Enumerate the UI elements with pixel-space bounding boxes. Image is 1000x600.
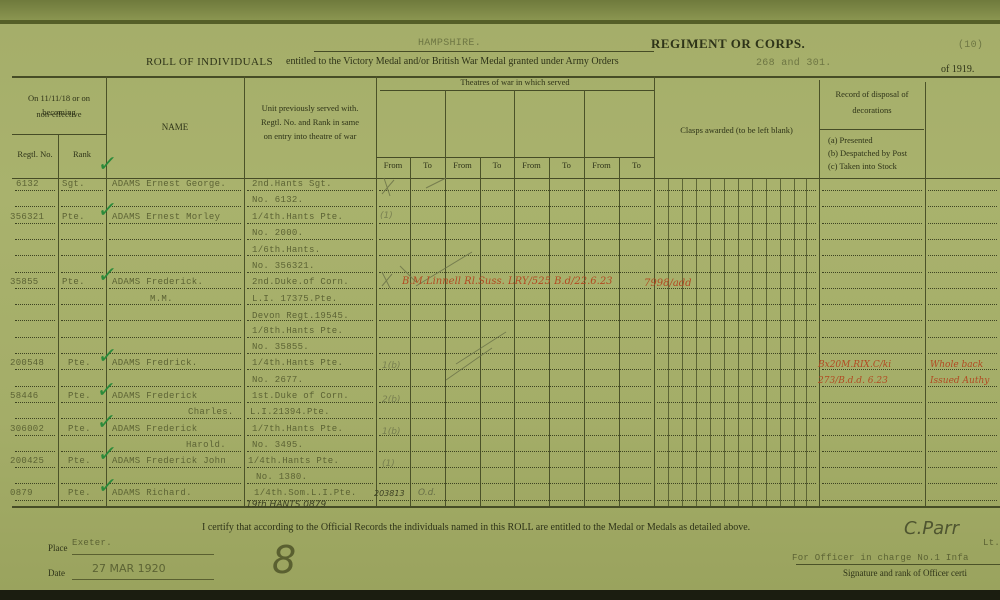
unit: 1st.Duke of Corn.	[252, 391, 349, 401]
header-unit-1: Unit previously served with.	[244, 102, 376, 116]
row-dotted-rule	[61, 500, 103, 501]
row-dotted-rule	[15, 353, 55, 354]
row-dotted-rule	[657, 353, 816, 354]
name: ADAMS Fredrick.	[112, 358, 198, 368]
row-dotted-rule	[61, 483, 103, 484]
row-dotted-rule	[822, 304, 922, 305]
green-checkmark-icon: ✓	[96, 265, 118, 287]
row-dotted-rule	[15, 255, 55, 256]
unit: No. 1380.	[256, 472, 307, 482]
col-divider	[819, 80, 820, 506]
roll-title-main: ROLL OF INDIVIDUALS	[146, 56, 273, 68]
name: ADAMS Frederick.	[112, 277, 203, 287]
row-dotted-rule	[109, 386, 241, 387]
richard-extra-number: 203813	[374, 489, 405, 498]
unit: 1/4th.Som.L.I.Pte.	[254, 488, 357, 498]
row-dotted-rule	[61, 353, 103, 354]
row-dotted-rule	[15, 500, 55, 501]
header-disposal-2: decorations	[820, 104, 924, 118]
unit: 2nd.Hants Sgt.	[252, 179, 332, 189]
name: ADAMS Ernest Morley	[112, 212, 220, 222]
row-dotted-rule	[109, 337, 241, 338]
header-from: From	[514, 159, 549, 173]
desk-edge	[0, 590, 1000, 600]
army-orders-numbers: 268 and 301.	[756, 58, 832, 69]
green-checkmark-icon: ✓	[95, 412, 117, 434]
rank: Pte.	[68, 456, 91, 466]
regtl-no: 306002	[10, 424, 44, 434]
row-dotted-rule	[109, 353, 241, 354]
header-theatres: Theatres of war in which served	[376, 76, 654, 90]
officer-signature: C.Parr	[904, 518, 959, 539]
green-checkmark-icon: ✓	[95, 380, 117, 402]
row-dotted-rule	[928, 483, 997, 484]
row-dotted-rule	[15, 418, 55, 419]
header-to: To	[410, 159, 445, 173]
clasp-grid-line	[724, 178, 725, 506]
row-dotted-rule	[109, 255, 241, 256]
county-underline	[314, 51, 654, 52]
row-dotted-rule	[928, 223, 997, 224]
row-dotted-rule	[61, 369, 103, 370]
row-dotted-rule	[109, 435, 241, 436]
header-regtl-no: Regtl. No.	[12, 148, 58, 162]
row-dotted-rule	[15, 304, 55, 305]
row-dotted-rule	[15, 239, 55, 240]
row-dotted-rule	[109, 239, 241, 240]
row-dotted-rule	[109, 320, 241, 321]
row-dotted-rule	[928, 337, 997, 338]
row-dotted-rule	[657, 451, 816, 452]
unit: 1/6th.Hants.	[252, 245, 320, 255]
mm-note: B.M.Linnell Rl.Suss. LRY/525 B.d/22.6.23	[402, 276, 613, 287]
row-dotted-rule	[15, 435, 55, 436]
row-dotted-rule	[61, 190, 103, 191]
clasp-grid-line	[682, 178, 683, 506]
name-continued: Charles.	[188, 407, 234, 417]
rank: Pte.	[68, 424, 91, 434]
mm-note-ref: 7998/add	[644, 278, 692, 289]
unit: Devon Regt.19545.	[252, 311, 349, 321]
row-dotted-rule	[109, 483, 241, 484]
officer-rank: Lt.	[983, 538, 1000, 548]
row-dotted-rule	[15, 402, 55, 403]
row-dotted-rule	[61, 206, 103, 207]
roll-title-rest: entitled to the Victory Medal and/or Bri…	[286, 56, 619, 67]
name-continued: Harold.	[186, 440, 226, 450]
row-dotted-rule	[657, 272, 816, 273]
row-dotted-rule	[247, 337, 373, 338]
row-dotted-rule	[247, 190, 373, 191]
row-dotted-rule	[657, 320, 816, 321]
row-dotted-rule	[61, 304, 103, 305]
row-dotted-rule	[657, 418, 816, 419]
county-name: HAMPSHIRE.	[418, 38, 481, 49]
clasp-grid-line	[766, 178, 767, 506]
page-count-handwritten: 8	[272, 538, 296, 582]
signature-caption: Signature and rank of Officer certi	[843, 568, 967, 578]
remarks-note-2: Issued Authy	[930, 376, 989, 386]
row-dotted-rule	[61, 272, 103, 273]
row-dotted-rule	[61, 337, 103, 338]
svg-text:1(b): 1(b)	[382, 427, 400, 437]
row-dotted-rule	[109, 190, 241, 191]
clasp-grid-line	[794, 178, 795, 506]
page-edge-above	[0, 0, 1000, 22]
row-dotted-rule	[109, 288, 241, 289]
row-dotted-rule	[657, 337, 816, 338]
row-dotted-rule	[15, 288, 55, 289]
row-dotted-rule	[15, 369, 55, 370]
row-dotted-rule	[15, 337, 55, 338]
regtl-no: 356321	[10, 212, 44, 222]
rank: Pte.	[62, 212, 85, 222]
row-dotted-rule	[822, 272, 922, 273]
place-label: Place	[48, 543, 68, 553]
clasp-grid-line	[752, 178, 753, 506]
order-year: of 1919.	[941, 64, 974, 75]
row-dotted-rule	[109, 467, 241, 468]
row-dotted-rule	[928, 206, 997, 207]
header-disposal-c: (c) Taken into Stock	[828, 160, 897, 174]
name: ADAMS Frederick	[112, 391, 198, 401]
date-label: Date	[48, 568, 65, 578]
row-dotted-rule	[657, 369, 816, 370]
row-dotted-rule	[822, 320, 922, 321]
signature-underline	[796, 564, 1000, 565]
row-dotted-rule	[15, 451, 55, 452]
name: ADAMS Ernest George.	[112, 179, 226, 189]
header-disposal-1: Record of disposal of	[820, 88, 924, 102]
green-checkmark-icon: ✓	[96, 200, 118, 222]
row-dotted-rule	[657, 255, 816, 256]
row-dotted-rule	[928, 435, 997, 436]
header-to: To	[549, 159, 584, 173]
row-dotted-rule	[15, 223, 55, 224]
rank: Pte.	[68, 391, 91, 401]
non-effective-rule	[12, 134, 106, 135]
row-dotted-rule	[109, 206, 241, 207]
regtl-no: 58446	[10, 391, 39, 401]
row-dotted-rule	[657, 304, 816, 305]
unit: 1/4th.Hants Pte.	[252, 212, 343, 222]
green-checkmark-icon: ✓	[96, 476, 118, 498]
row-dotted-rule	[822, 223, 922, 224]
row-dotted-rule	[657, 500, 816, 501]
row-dotted-rule	[822, 206, 922, 207]
header-clasps: Clasps awarded (to be left blank)	[654, 124, 819, 138]
svg-text:(1): (1)	[382, 459, 395, 469]
row-dotted-rule	[928, 451, 997, 452]
row-dotted-rule	[822, 337, 922, 338]
row-dotted-rule	[247, 369, 373, 370]
row-dotted-rule	[15, 386, 55, 387]
clasp-grid-line	[710, 178, 711, 506]
row-dotted-rule	[928, 320, 997, 321]
remarks-note: Whole back	[930, 360, 983, 370]
name-decoration: M.M.	[150, 294, 173, 304]
row-dotted-rule	[61, 320, 103, 321]
regtl-no: 200425	[10, 456, 44, 466]
row-dotted-rule	[61, 239, 103, 240]
row-dotted-rule	[928, 288, 997, 289]
row-dotted-rule	[822, 500, 922, 501]
clasp-grid-line	[696, 178, 697, 506]
row-dotted-rule	[928, 304, 997, 305]
row-dotted-rule	[928, 272, 997, 273]
unit: 1/4th.Hants Pte.	[248, 456, 339, 466]
row-dotted-rule	[61, 255, 103, 256]
certification-text: I certify that according to the Official…	[202, 522, 750, 533]
row-dotted-rule	[657, 467, 816, 468]
svg-text:1(b): 1(b)	[382, 361, 400, 371]
row-dotted-rule	[657, 386, 816, 387]
disposal-rule	[820, 129, 924, 130]
row-dotted-rule	[15, 483, 55, 484]
row-dotted-rule	[109, 304, 241, 305]
unit: No. 35855.	[252, 342, 309, 352]
disposal-note-ref: 273/B.d.d. 6.23	[818, 376, 888, 386]
rank: Pte.	[68, 488, 91, 498]
row-dotted-rule	[822, 239, 922, 240]
row-dotted-rule	[15, 190, 55, 191]
row-dotted-rule	[928, 190, 997, 191]
row-dotted-rule	[822, 467, 922, 468]
page-number: (10)	[958, 40, 983, 51]
row-dotted-rule	[822, 451, 922, 452]
name: ADAMS Frederick	[112, 424, 198, 434]
row-dotted-rule	[109, 369, 241, 370]
theatres-subrule	[380, 90, 654, 91]
unit: 1/4th.Hants Pte.	[252, 358, 343, 368]
row-dotted-rule	[247, 239, 373, 240]
header-from: From	[376, 159, 410, 173]
row-dotted-rule	[247, 272, 373, 273]
regtl-no: 35855	[10, 277, 39, 287]
row-dotted-rule	[109, 451, 241, 452]
row-dotted-rule	[109, 223, 241, 224]
row-dotted-rule	[15, 467, 55, 468]
row-dotted-rule	[247, 206, 373, 207]
svg-text:2(b): 2(b)	[382, 395, 400, 405]
clasp-grid-line	[668, 178, 669, 506]
row-dotted-rule	[247, 386, 373, 387]
row-dotted-rule	[247, 353, 373, 354]
row-dotted-rule	[15, 206, 55, 207]
row-dotted-rule	[822, 190, 922, 191]
richard-extra-initials: O.d.	[418, 488, 436, 498]
clasp-grid-line	[780, 178, 781, 506]
row-dotted-rule	[657, 190, 816, 191]
date-underline	[72, 579, 214, 580]
regtl-no: 6132	[16, 179, 39, 189]
row-dotted-rule	[247, 418, 373, 419]
row-dotted-rule	[822, 255, 922, 256]
row-dotted-rule	[109, 402, 241, 403]
row-dotted-rule	[928, 500, 997, 501]
green-checkmark-icon: ✓	[96, 444, 118, 466]
row-dotted-rule	[822, 418, 922, 419]
header-non-effective: non-effective	[12, 108, 106, 122]
row-dotted-rule	[822, 402, 922, 403]
regtl-no: 0879	[10, 488, 33, 498]
row-dotted-rule	[109, 418, 241, 419]
rank: Sgt.	[62, 179, 85, 189]
place-value: Exeter.	[72, 538, 112, 548]
row-dotted-rule	[247, 402, 373, 403]
row-dotted-rule	[822, 353, 922, 354]
pencil-strike-marks: (1) 1(b) 2(b) 1(b) (1)	[376, 174, 656, 514]
header-unit-2: Regtl. No. and Rank in same	[244, 116, 376, 130]
header-from: From	[584, 159, 619, 173]
from-to-rule	[376, 157, 654, 158]
row-dotted-rule	[109, 272, 241, 273]
row-dotted-rule	[247, 483, 373, 484]
svg-text:(1): (1)	[380, 211, 393, 221]
row-dotted-rule	[822, 435, 922, 436]
unit: No. 2677.	[252, 375, 303, 385]
regiment-label: REGIMENT OR CORPS.	[651, 36, 805, 52]
date-stamp: 27 MAR 1920	[92, 562, 166, 575]
row-dotted-rule	[247, 304, 373, 305]
row-dotted-rule	[822, 288, 922, 289]
name: ADAMS Frederick John	[112, 456, 226, 466]
row-dotted-rule	[657, 402, 816, 403]
regtl-no: 200548	[10, 358, 44, 368]
rank: Pte.	[62, 277, 85, 287]
row-dotted-rule	[247, 288, 373, 289]
clasp-grid-line	[806, 178, 807, 506]
row-dotted-rule	[247, 467, 373, 468]
row-dotted-rule	[247, 255, 373, 256]
rank: Pte.	[68, 358, 91, 368]
unit: 2nd.Duke.of Corn.	[252, 277, 349, 287]
row-dotted-rule	[247, 451, 373, 452]
row-dotted-rule	[928, 239, 997, 240]
disposal-note: Bx20M.RIX.C/ki	[818, 360, 891, 370]
richard-footnote: 19th HANTS 0879	[246, 500, 326, 510]
row-dotted-rule	[61, 467, 103, 468]
row-dotted-rule	[657, 223, 816, 224]
unit: L.I. 17375.Pte.	[252, 294, 338, 304]
unit: 1/7th.Hants Pte.	[252, 424, 343, 434]
name: ADAMS Richard.	[112, 488, 192, 498]
row-dotted-rule	[928, 353, 997, 354]
unit: L.I.21394.Pte.	[250, 407, 330, 417]
unit: No. 6132.	[252, 195, 303, 205]
header-to: To	[480, 159, 514, 173]
unit: No. 2000.	[252, 228, 303, 238]
row-dotted-rule	[657, 435, 816, 436]
row-dotted-rule	[247, 435, 373, 436]
row-dotted-rule	[247, 223, 373, 224]
medal-roll-page: HAMPSHIRE. REGIMENT OR CORPS. (10) ROLL …	[0, 24, 1000, 590]
header-from: From	[445, 159, 480, 173]
row-dotted-rule	[15, 320, 55, 321]
officer-typed: For Officer in charge No.1 Infa	[792, 553, 969, 563]
header-unit-3: on entry into theatre of war	[244, 130, 376, 144]
row-dotted-rule	[657, 206, 816, 207]
header-to: To	[619, 159, 654, 173]
row-dotted-rule	[928, 418, 997, 419]
clasp-grid-line	[738, 178, 739, 506]
row-dotted-rule	[657, 483, 816, 484]
row-dotted-rule	[15, 272, 55, 273]
row-dotted-rule	[928, 255, 997, 256]
unit: 1/8th.Hants Pte.	[252, 326, 343, 336]
green-checkmark-icon: ✓	[96, 154, 118, 176]
row-dotted-rule	[109, 500, 241, 501]
unit: No. 3495.	[252, 440, 303, 450]
green-checkmark-icon: ✓	[96, 346, 118, 368]
col-divider	[58, 134, 59, 506]
header-disposal-a: (a) Presented	[828, 134, 873, 148]
header-disposal-b: (b) Despatched by Post	[828, 147, 907, 161]
row-dotted-rule	[822, 483, 922, 484]
row-dotted-rule	[928, 402, 997, 403]
place-underline	[72, 554, 214, 555]
header-name: NAME	[106, 120, 244, 134]
row-dotted-rule	[61, 451, 103, 452]
row-dotted-rule	[928, 467, 997, 468]
unit: No. 356321.	[252, 261, 315, 271]
col-divider	[925, 82, 926, 506]
row-dotted-rule	[657, 239, 816, 240]
